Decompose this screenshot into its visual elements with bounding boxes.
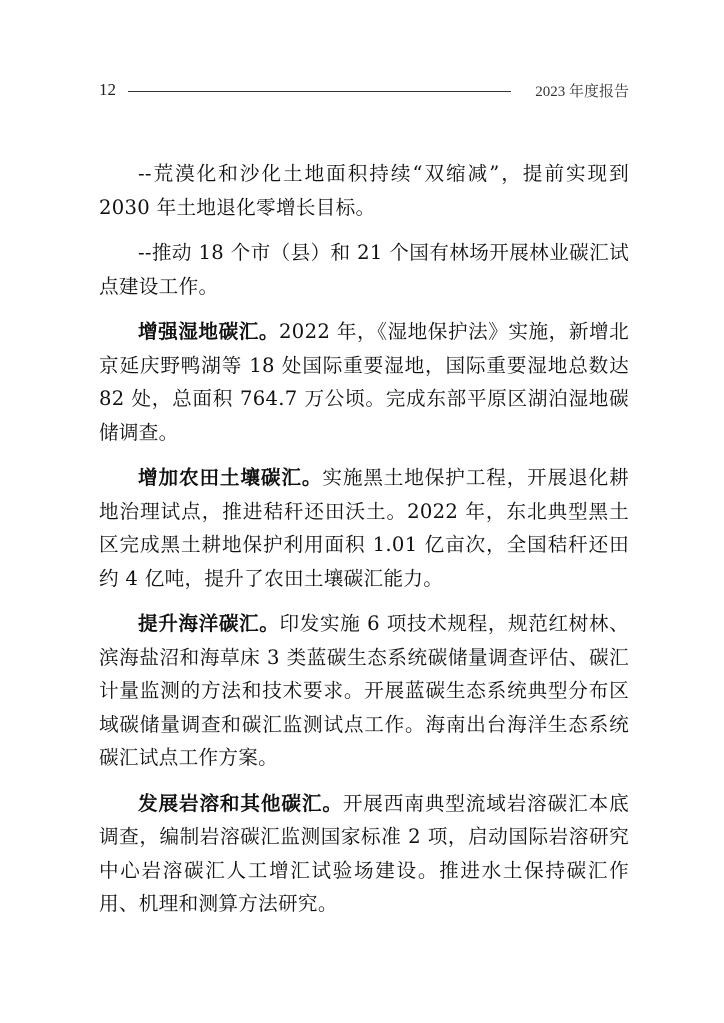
- paragraph-text: --荒漠化和沙化土地面积持续“双缩减”，提前实现到 2030 年土地退化零增长目…: [99, 162, 629, 219]
- document-body: --荒漠化和沙化土地面积持续“双缩减”，提前实现到 2030 年土地退化零增长目…: [99, 157, 629, 933]
- paragraph-ocean-carbon: 提升海洋碳汇。印发实施 6 项技术规程，规范红树林、滨海盐沼和海草床 3 类蓝碳…: [99, 607, 629, 775]
- page-header: 12 2023 年度报告: [99, 78, 629, 102]
- paragraph-lead: 发展岩溶和其他碳汇。: [138, 792, 343, 815]
- paragraph-wetland-carbon: 增强湿地碳汇。2022 年，《湿地保护法》实施，新增北京延庆野鸭湖等 18 处国…: [99, 315, 629, 449]
- paragraph-desertification: --荒漠化和沙化土地面积持续“双缩减”，提前实现到 2030 年土地退化零增长目…: [99, 157, 629, 224]
- paragraph-text: 印发实施 6 项技术规程，规范红树林、滨海盐沼和海草床 3 类蓝碳生态系统碳储量…: [99, 612, 629, 769]
- page-number: 12: [99, 80, 116, 100]
- paragraph-lead: 提升海洋碳汇。: [138, 612, 279, 635]
- header-rule: [128, 91, 511, 92]
- paragraph-farmland-soil-carbon: 增加农田土壤碳汇。实施黑土地保护工程，开展退化耕地治理试点，推进秸秆还田沃土。2…: [99, 461, 629, 595]
- paragraph-karst-carbon: 发展岩溶和其他碳汇。开展西南典型流域岩溶碳汇本底调查，编制岩溶碳汇监测国家标准 …: [99, 787, 629, 921]
- paragraph-lead: 增加农田土壤碳汇。: [138, 466, 322, 489]
- paragraph-forest-carbon-pilot: --推动 18 个市（县）和 21 个国有林场开展林业碳汇试点建设工作。: [99, 236, 629, 303]
- report-title: 2023 年度报告: [535, 80, 629, 101]
- paragraph-lead: 增强湿地碳汇。: [138, 320, 279, 343]
- paragraph-text: --推动 18 个市（县）和 21 个国有林场开展林业碳汇试点建设工作。: [99, 241, 629, 298]
